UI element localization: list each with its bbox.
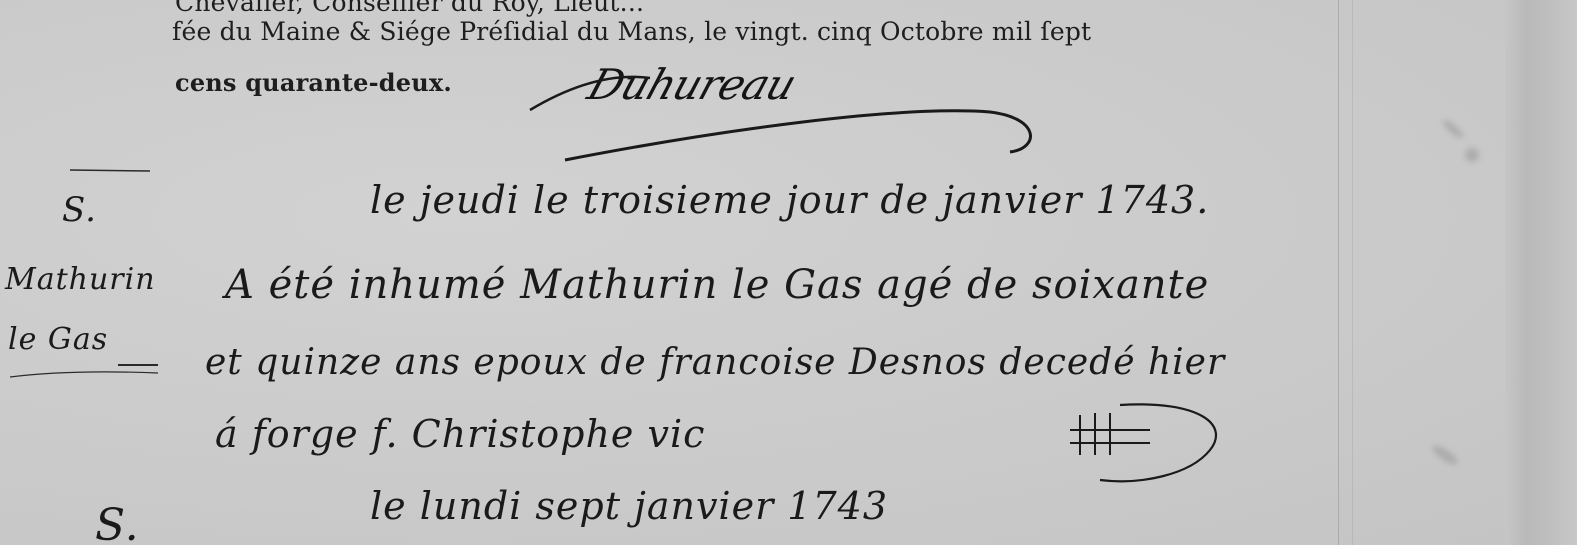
printed-header-line-2: cens quarante-deux. <box>175 68 452 98</box>
margin-note-surname: le Gas <box>8 322 108 357</box>
entry-1-line-4: á forge f. Christophe vic <box>215 412 705 456</box>
margin-rule <box>70 165 160 175</box>
ink-smudge <box>1430 442 1460 467</box>
printed-header-line-1: fée du Maine & Siége Préſidial du Mans, … <box>172 17 1091 47</box>
entry-1-line-3: et quinze ans epoux de francoise Desnos … <box>205 342 1225 383</box>
ruled-margin-line <box>1352 0 1353 545</box>
margin-note-saint: S. <box>62 190 97 230</box>
printed-header-line-0: Chevalier, Conseiller du Roy, Lieut... <box>175 0 644 18</box>
entry-2-line-1: le lundi sept janvier 1743 <box>370 484 888 528</box>
signature-flourish <box>520 60 1040 170</box>
ruled-margin-line <box>1338 0 1339 545</box>
margin-underline <box>8 355 168 385</box>
entry-1-line-1: le jeudi le troisieme jour de janvier 17… <box>370 178 1209 222</box>
entry-1-line-2: A été inhumé Mathurin le Gas agé de soix… <box>225 262 1209 308</box>
register-page: Chevalier, Conseiller du Roy, Lieut... f… <box>0 0 1540 545</box>
ink-smudge <box>1440 118 1465 141</box>
page-edge-shadow <box>1505 0 1577 545</box>
officiant-paraph <box>1060 395 1230 490</box>
entry-2-margin-saint: S. <box>95 500 140 545</box>
ink-blot <box>1465 148 1479 162</box>
margin-note-name: Mathurin <box>5 262 156 297</box>
